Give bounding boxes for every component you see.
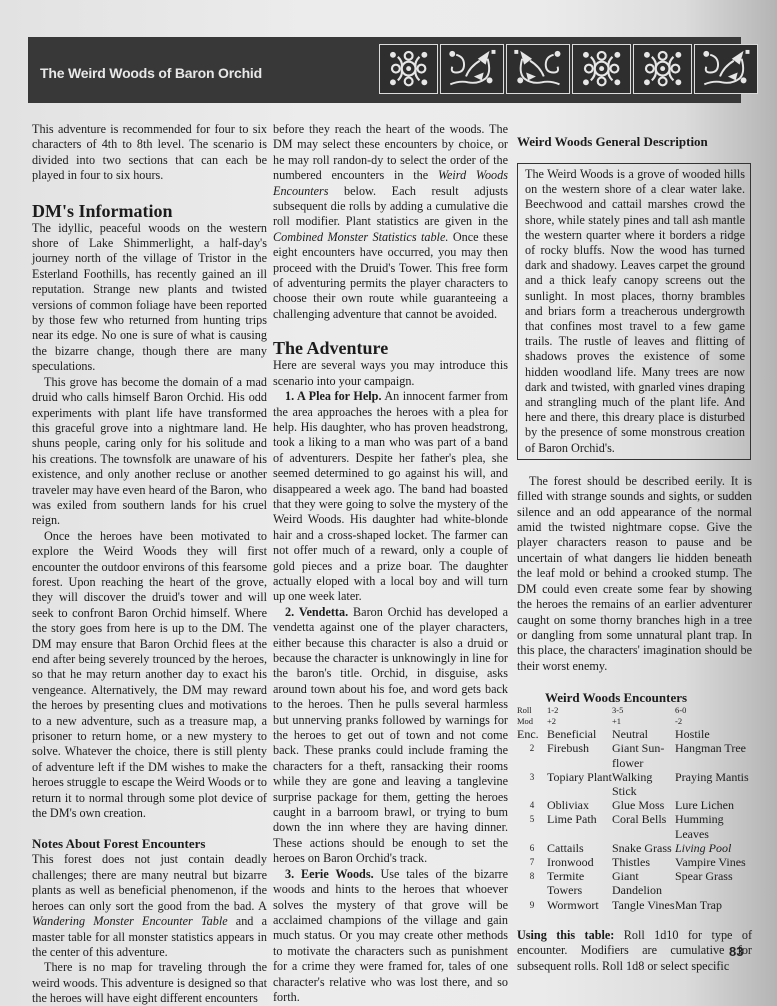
table-row: 5Lime PathCoral BellsHumming Leaves [517, 812, 752, 840]
dragon-vine-ornament-icon [694, 44, 758, 94]
dm-paragraph-3: Once the heroes have been motivated to e… [32, 529, 267, 822]
forest-encounters-heading: Notes About Forest Encounters [32, 836, 267, 852]
dm-paragraph-2: This grove has become the domain of a ma… [32, 375, 267, 529]
floral-knot-ornament-icon [379, 44, 438, 94]
forest-description-paragraph: The forest should be described eerily. I… [517, 474, 752, 674]
table-row: 4ObliviaxGlue MossLure Lichen [517, 798, 752, 812]
floral-knot-ornament-icon [633, 44, 692, 94]
table-roll-row: Roll1-23-56-0 [517, 705, 752, 716]
adventure-intro: Here are several ways you may introduce … [273, 358, 508, 389]
general-description-heading: Weird Woods General Description [517, 134, 752, 150]
table-row: 2FirebushGiant Sun-flowerHangman Tree [517, 741, 752, 769]
page-number: 83 [729, 944, 743, 959]
notes-paragraph-2: There is no map for traveling through th… [32, 960, 267, 1006]
the-adventure-heading: The Adventure [273, 338, 508, 358]
column-2: before they reach the heart of the woods… [273, 122, 508, 1005]
encounters-table: Roll1-23-56-0 Mod+2+1-2 Enc.BeneficialNe… [517, 705, 752, 912]
dm-paragraph-1: The idyllic, peaceful woods on the weste… [32, 221, 267, 375]
column-1: This adventure is recommended for four t… [32, 122, 267, 1006]
dragon-vine-ornament-icon [506, 44, 570, 94]
boxed-read-aloud-text: The Weird Woods is a grove of wooded hil… [517, 163, 751, 460]
table-row: 6CattailsSnake GrassLiving Pool [517, 841, 752, 855]
intro-paragraph: This adventure is recommended for four t… [32, 122, 267, 184]
hook-vendetta: 2. Vendetta. Baron Orchid has developed … [273, 605, 508, 867]
chapter-title: The Weird Woods of Baron Orchid [40, 65, 262, 81]
notes-paragraph-1: This forest does not just contain deadly… [32, 852, 267, 960]
chapter-banner: The Weird Woods of Baron Orchid [28, 37, 741, 103]
table-mod-row: Mod+2+1-2 [517, 716, 752, 727]
column-3: Weird Woods General Description The Weir… [517, 134, 752, 974]
table-row: 9WormwortTangle VinesMan Trap [517, 898, 752, 912]
hook-plea-for-help: 1. A Plea for Help. An innocent farmer f… [273, 389, 508, 605]
dm-information-heading: DM's Information [32, 201, 267, 221]
table-row: 7IronwoodThistlesVampire Vines [517, 855, 752, 869]
using-table-paragraph: Using this table: Roll 1d10 for type of … [517, 928, 752, 974]
table-row: 3Topiary PlantWalking StickPraying Manti… [517, 770, 752, 798]
ornament-strip [379, 44, 758, 96]
encounters-paragraph: before they reach the heart of the woods… [273, 122, 508, 322]
table-row: 8Termite TowersGiant DandelionSpear Gras… [517, 869, 752, 897]
encounters-table-title: Weird Woods Encounters [517, 690, 752, 705]
dragon-vine-ornament-icon [440, 44, 504, 94]
table-header-row: Enc.BeneficialNeutralHostile [517, 727, 752, 741]
hook-eerie-woods: 3. Eerie Woods. Use tales of the bizarre… [273, 867, 508, 1006]
floral-knot-ornament-icon [572, 44, 631, 94]
